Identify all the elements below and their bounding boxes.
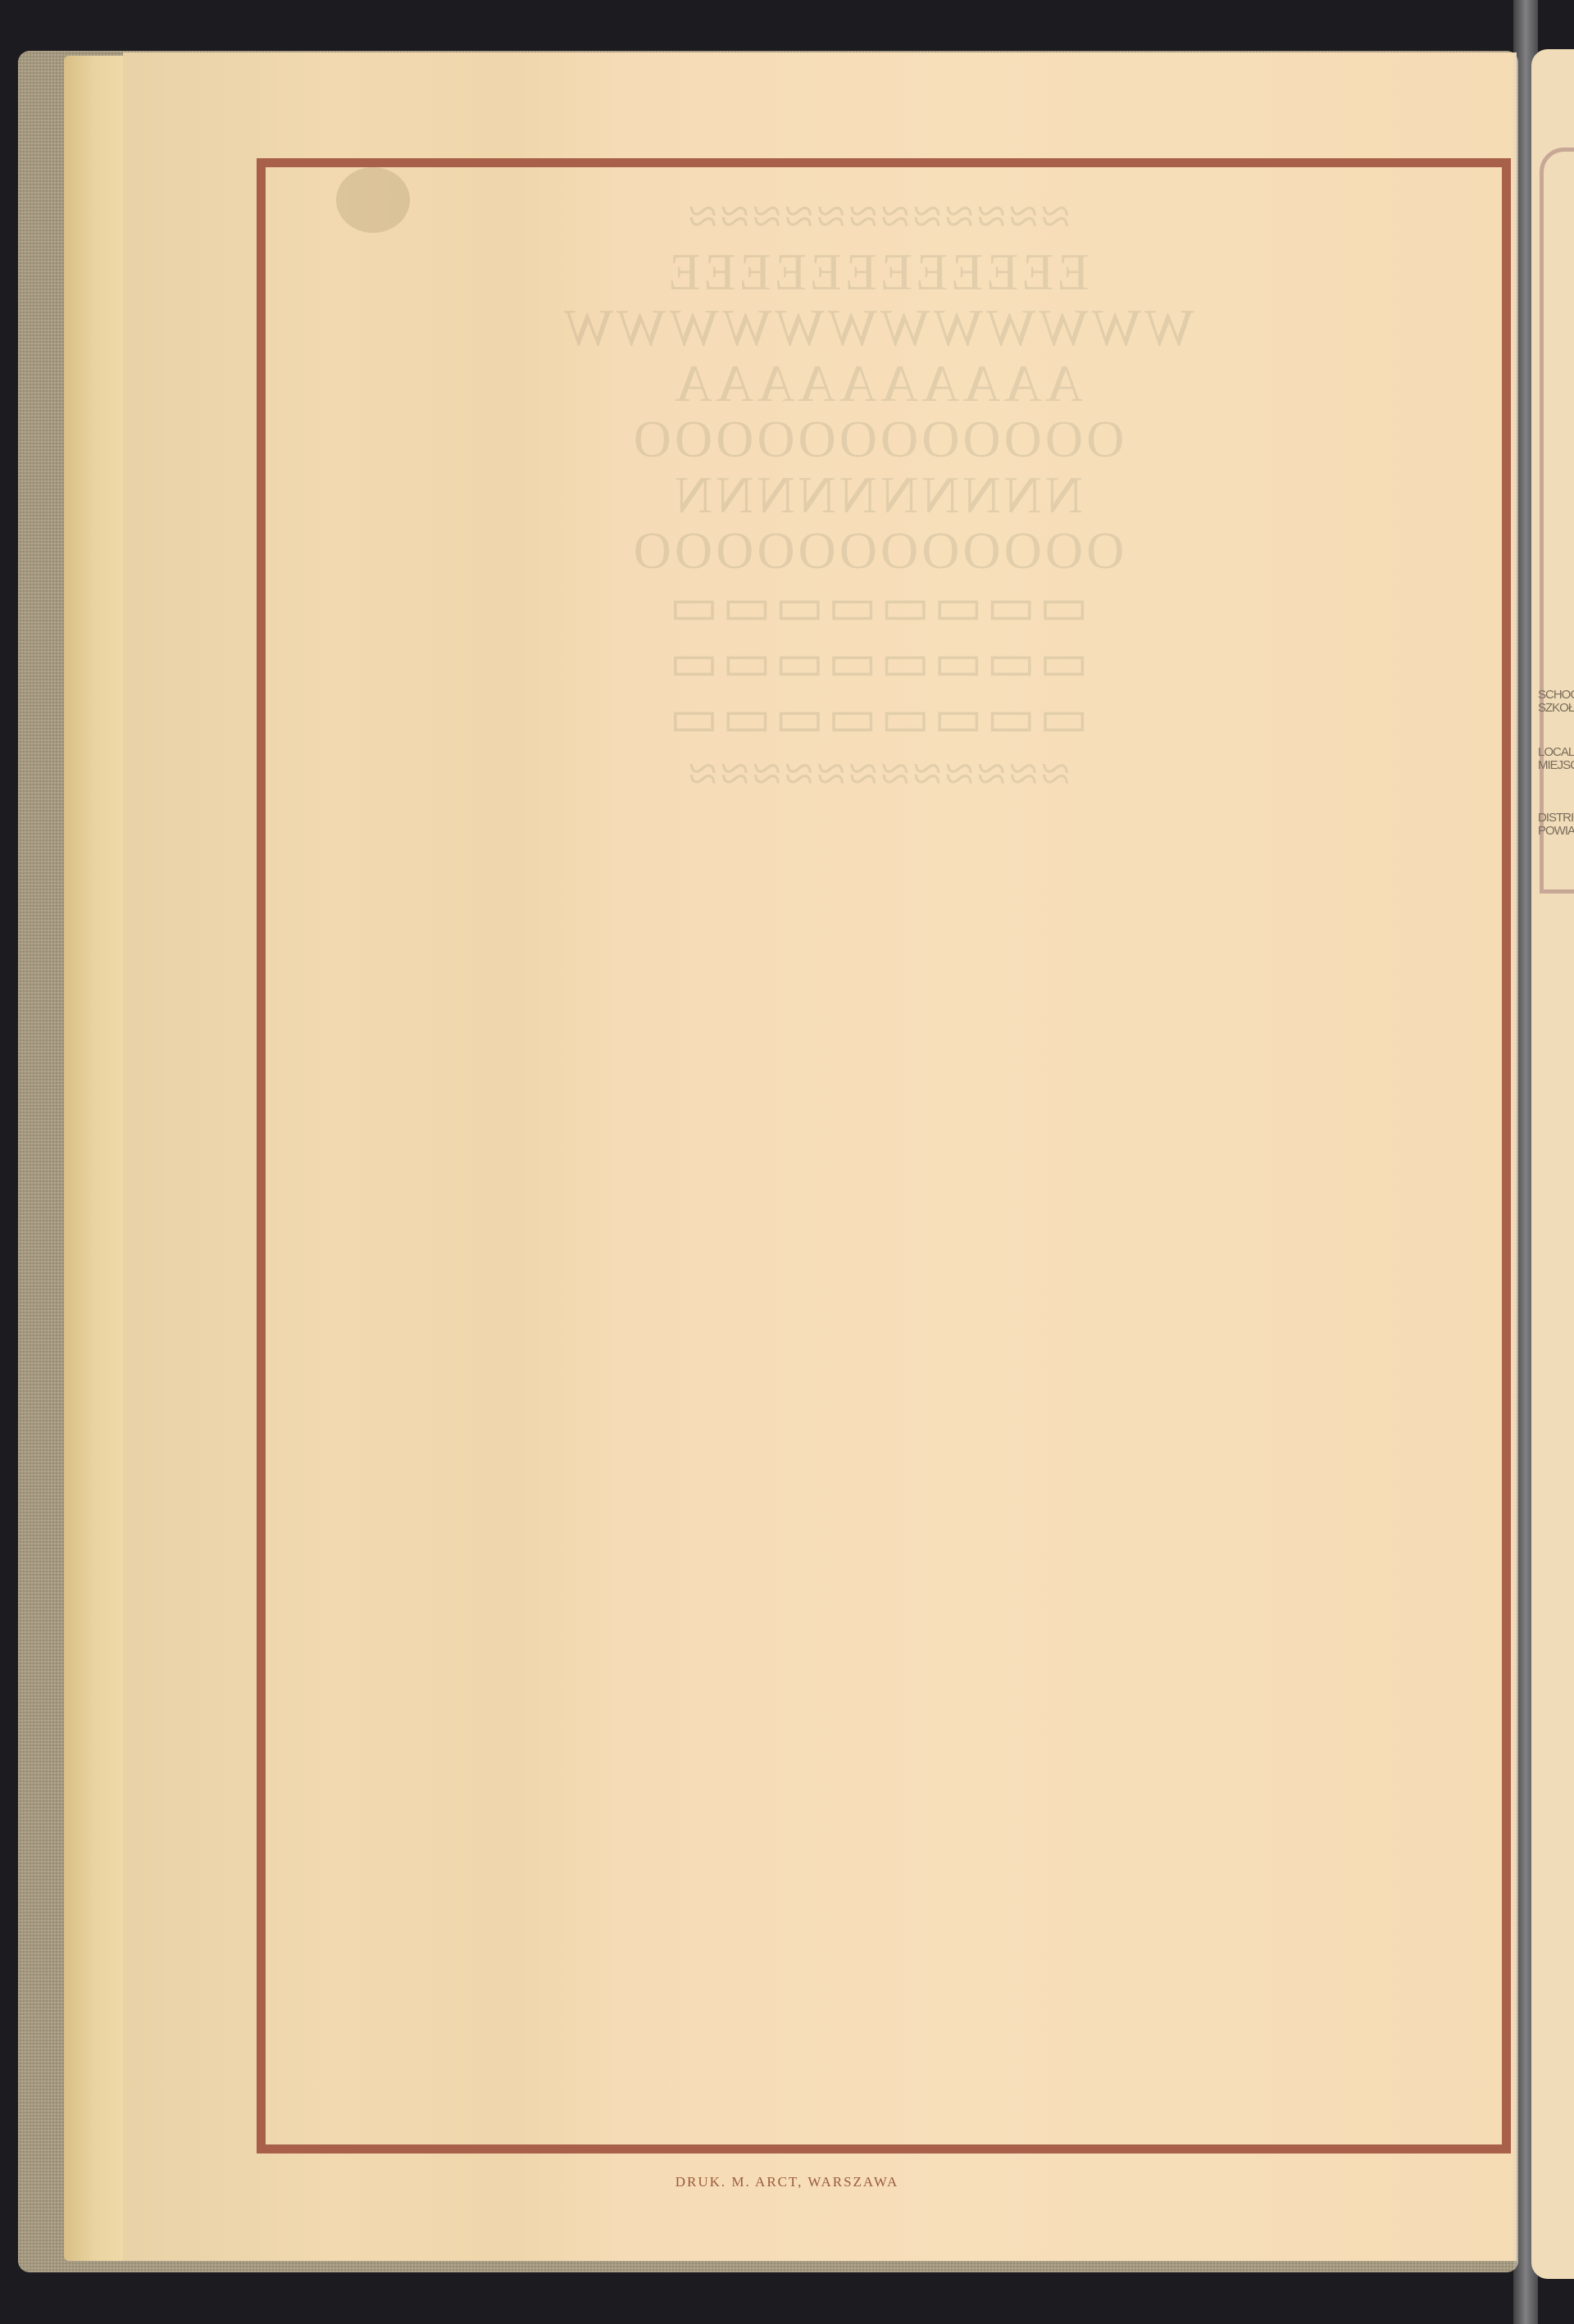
adjacent-label: LOCALITY <box>1538 746 1574 759</box>
adjacent-label: SZKOŁA <box>1538 702 1574 715</box>
adjacent-page: SCHOOL SZKOŁA LOCALITY MIEJSCOWOŚĆ DISTR… <box>1531 49 1574 2279</box>
adjacent-label: POWIAT <box>1538 825 1574 838</box>
decorative-frame <box>257 158 1511 2153</box>
adjacent-label: DISTRICT <box>1538 812 1574 825</box>
adjacent-page-border <box>1540 148 1574 894</box>
adjacent-label: MIEJSCOWOŚĆ <box>1538 759 1574 772</box>
adjacent-label: SCHOOL <box>1538 689 1574 702</box>
printer-imprint: DRUK. M. ARCT, WARSZAWA <box>0 2174 1574 2190</box>
